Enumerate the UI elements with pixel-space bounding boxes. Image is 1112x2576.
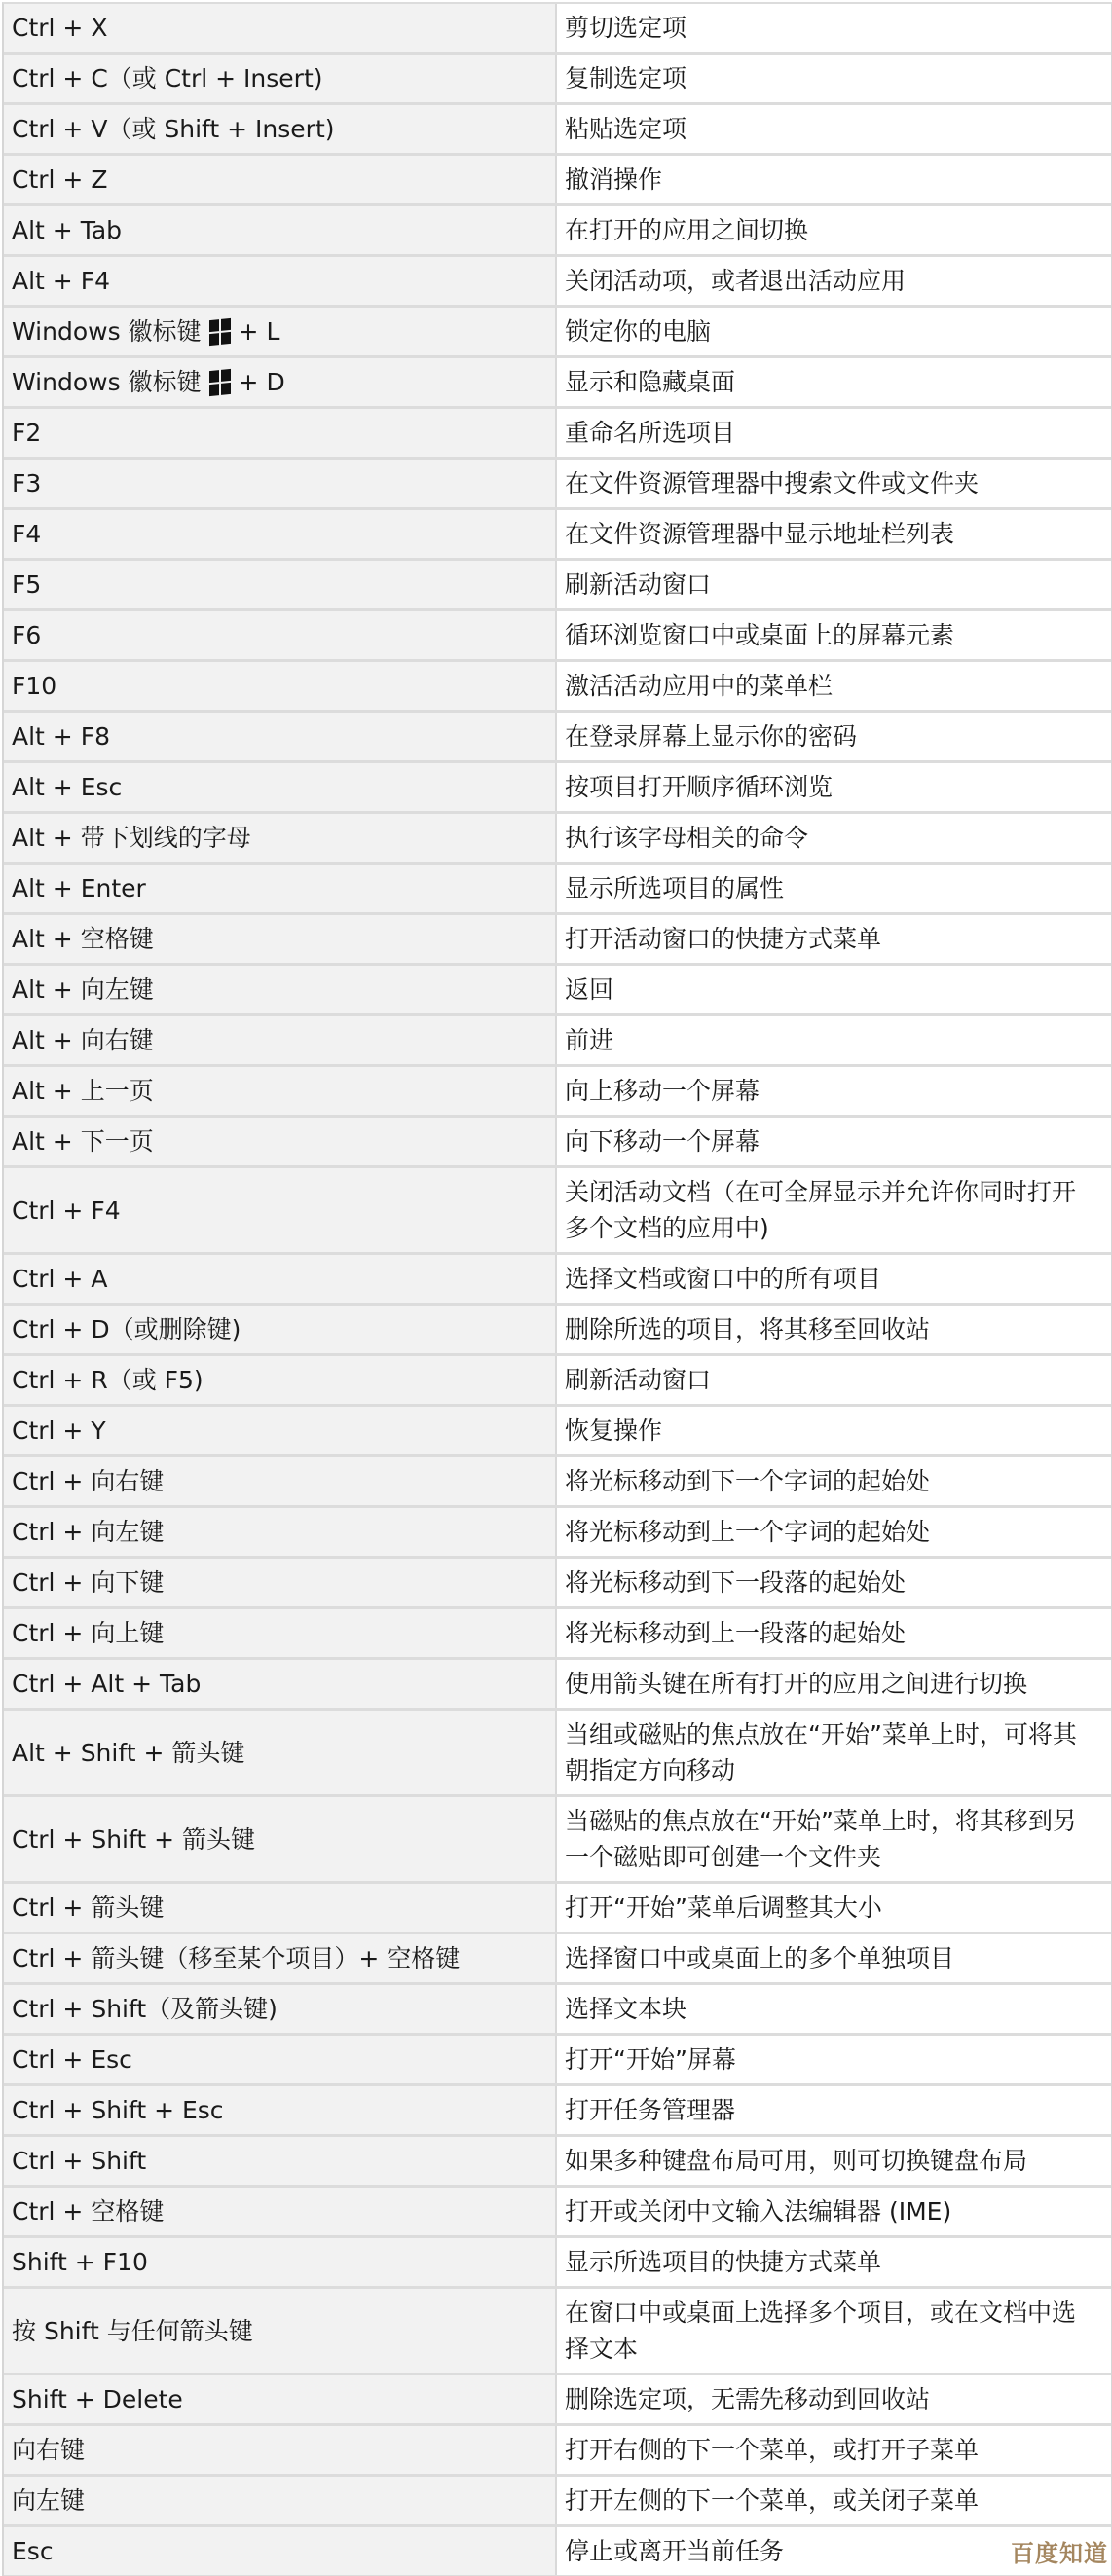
- shortcut-description-cell: 激活活动应用中的菜单栏: [557, 662, 1111, 710]
- shortcut-description-cell: 将光标移动到下一个字词的起始处: [557, 1457, 1111, 1505]
- table-row: Ctrl + D（或删除键)删除所选的项目，将其移至回收站: [4, 1306, 1111, 1356]
- shortcut-description-cell: 返回: [557, 966, 1111, 1013]
- shortcut-key-cell: Ctrl + 向右键: [4, 1457, 557, 1505]
- table-row: Ctrl + 箭头键打开“开始”菜单后调整其大小: [4, 1884, 1111, 1934]
- shortcut-key-cell: Ctrl + 向上键: [4, 1609, 557, 1657]
- shortcut-key-cell: Alt + Tab: [4, 206, 557, 254]
- shortcut-description-cell: 向上移动一个屏幕: [557, 1067, 1111, 1115]
- shortcut-key-cell: F4: [4, 510, 557, 558]
- table-row: Ctrl + R（或 F5)刷新活动窗口: [4, 1356, 1111, 1407]
- shortcut-key-cell: Esc: [4, 2527, 557, 2575]
- shortcut-key-cell: Ctrl + Shift + Esc: [4, 2086, 557, 2134]
- shortcut-key-prefix: Windows 徽标键: [12, 364, 202, 400]
- shortcut-key-suffix: + D: [239, 364, 285, 400]
- shortcut-key-cell: Alt + 下一页: [4, 1118, 557, 1165]
- table-row: F2重命名所选项目: [4, 409, 1111, 460]
- shortcut-key-cell: 按 Shift 与任何箭头键: [4, 2289, 557, 2373]
- shortcut-key-cell: Alt + 空格键: [4, 915, 557, 963]
- table-row: Alt + 上一页向上移动一个屏幕: [4, 1067, 1111, 1118]
- shortcut-key-cell: Shift + Delete: [4, 2375, 557, 2423]
- table-row: Alt + Esc按项目打开顺序循环浏览: [4, 763, 1111, 814]
- table-row: Alt + Tab在打开的应用之间切换: [4, 206, 1111, 257]
- shortcut-key-cell: Ctrl + Y: [4, 1407, 557, 1454]
- shortcut-description-cell: 刷新活动窗口: [557, 1356, 1111, 1404]
- shortcut-description-cell: 撤消操作: [557, 156, 1111, 203]
- table-row: F3在文件资源管理器中搜索文件或文件夹: [4, 460, 1111, 510]
- table-row: Ctrl + Shift（及箭头键)选择文本块: [4, 1985, 1111, 2036]
- shortcut-description-cell: 刷新活动窗口: [557, 561, 1111, 608]
- shortcut-key-cell: Ctrl + Shift: [4, 2137, 557, 2185]
- table-row: Windows 徽标键+ D显示和隐藏桌面: [4, 358, 1111, 409]
- table-row: Ctrl + 向右键将光标移动到下一个字词的起始处: [4, 1457, 1111, 1508]
- shortcut-description-cell: 前进: [557, 1016, 1111, 1064]
- shortcut-key-cell: Ctrl + Shift（及箭头键): [4, 1985, 557, 2033]
- table-row: Ctrl + V（或 Shift + Insert)粘贴选定项: [4, 105, 1111, 156]
- shortcut-description-cell: 显示所选项目的属性: [557, 865, 1111, 912]
- table-row: Ctrl + Shift + Esc打开任务管理器: [4, 2086, 1111, 2137]
- shortcut-key-cell: Ctrl + F4: [4, 1168, 557, 1252]
- table-row: Ctrl + A选择文档或窗口中的所有项目: [4, 1255, 1111, 1306]
- shortcut-description-cell: 在窗口中或桌面上选择多个项目，或在文档中选择文本: [557, 2289, 1111, 2373]
- shortcut-description-cell: 打开或关闭中文输入法编辑器 (IME): [557, 2188, 1111, 2235]
- shortcut-description-cell: 将光标移动到上一段落的起始处: [557, 1609, 1111, 1657]
- table-row: Windows 徽标键+ L锁定你的电脑: [4, 308, 1111, 358]
- shortcut-description-cell: 向下移动一个屏幕: [557, 1118, 1111, 1165]
- shortcut-description-cell: 剪切选定项: [557, 4, 1111, 52]
- shortcut-description-cell: 将光标移动到下一段落的起始处: [557, 1559, 1111, 1606]
- table-row: Shift + Delete删除选定项，无需先移动到回收站: [4, 2375, 1111, 2426]
- shortcut-description-cell: 选择窗口中或桌面上的多个单独项目: [557, 1934, 1111, 1982]
- shortcut-key-cell: Alt + 带下划线的字母: [4, 814, 557, 862]
- shortcut-description-cell: 当磁贴的焦点放在“开始”菜单上时，将其移到另一个磁贴即可创建一个文件夹: [557, 1797, 1111, 1881]
- shortcut-key-cell: Ctrl + A: [4, 1255, 557, 1303]
- table-row: Ctrl + Shift + 箭头键当磁贴的焦点放在“开始”菜单上时，将其移到另…: [4, 1797, 1111, 1884]
- shortcut-description-cell: 在文件资源管理器中搜索文件或文件夹: [557, 460, 1111, 507]
- shortcut-description-cell: 粘贴选定项: [557, 105, 1111, 153]
- shortcut-table: Ctrl + X剪切选定项Ctrl + C（或 Ctrl + Insert)复制…: [2, 2, 1112, 2576]
- table-row: Ctrl + Y恢复操作: [4, 1407, 1111, 1457]
- shortcut-description-cell: 在文件资源管理器中显示地址栏列表: [557, 510, 1111, 558]
- table-row: Ctrl + 向下键将光标移动到下一段落的起始处: [4, 1559, 1111, 1609]
- table-row: Alt + 下一页向下移动一个屏幕: [4, 1118, 1111, 1168]
- shortcut-key-cell: F6: [4, 611, 557, 659]
- table-row: Esc停止或离开当前任务: [4, 2527, 1111, 2576]
- shortcut-key-cell: Ctrl + R（或 F5): [4, 1356, 557, 1404]
- shortcut-key-suffix: + L: [239, 313, 280, 350]
- table-row: Ctrl + C（或 Ctrl + Insert)复制选定项: [4, 55, 1111, 105]
- watermark-logo: 百度知道: [1011, 2534, 1108, 2568]
- shortcut-key-cell: F2: [4, 409, 557, 457]
- shortcut-description-cell: 如果多种键盘布局可用，则可切换键盘布局: [557, 2137, 1111, 2185]
- shortcut-description-cell: 按项目打开顺序循环浏览: [557, 763, 1111, 811]
- shortcut-description-cell: 删除选定项，无需先移动到回收站: [557, 2375, 1111, 2423]
- shortcut-description-cell: 选择文档或窗口中的所有项目: [557, 1255, 1111, 1303]
- shortcut-key-cell: Alt + Esc: [4, 763, 557, 811]
- shortcut-description-cell: 打开左侧的下一个菜单，或关闭子菜单: [557, 2477, 1111, 2524]
- shortcut-description-cell: 将光标移动到上一个字词的起始处: [557, 1508, 1111, 1556]
- windows-logo-icon: [209, 368, 231, 395]
- shortcut-key-cell: Shift + F10: [4, 2238, 557, 2286]
- table-row: Ctrl + Esc打开“开始”屏幕: [4, 2036, 1111, 2086]
- shortcut-description-cell: 显示和隐藏桌面: [557, 358, 1111, 406]
- shortcut-description-cell: 在登录屏幕上显示你的密码: [557, 713, 1111, 760]
- shortcut-key-cell: Ctrl + 空格键: [4, 2188, 557, 2235]
- shortcut-key-cell: Ctrl + 箭头键: [4, 1884, 557, 1932]
- shortcut-key-cell: Windows 徽标键+ D: [4, 358, 557, 406]
- shortcut-key-cell: Ctrl + C（或 Ctrl + Insert): [4, 55, 557, 102]
- table-row: Ctrl + X剪切选定项: [4, 4, 1111, 55]
- table-row: Alt + 带下划线的字母执行该字母相关的命令: [4, 814, 1111, 865]
- shortcut-key-cell: Alt + 向左键: [4, 966, 557, 1013]
- table-row: Alt + 空格键打开活动窗口的快捷方式菜单: [4, 915, 1111, 966]
- shortcut-description-cell: 打开“开始”菜单后调整其大小: [557, 1884, 1111, 1932]
- shortcut-key-cell: 向左键: [4, 2477, 557, 2524]
- shortcut-description-cell: 打开活动窗口的快捷方式菜单: [557, 915, 1111, 963]
- shortcut-key-cell: F10: [4, 662, 557, 710]
- shortcut-description-cell: 选择文本块: [557, 1985, 1111, 2033]
- table-row: F6循环浏览窗口中或桌面上的屏幕元素: [4, 611, 1111, 662]
- table-row: Alt + F4关闭活动项，或者退出活动应用: [4, 257, 1111, 308]
- shortcut-description-cell: 关闭活动项，或者退出活动应用: [557, 257, 1111, 305]
- table-row: 按 Shift 与任何箭头键在窗口中或桌面上选择多个项目，或在文档中选择文本: [4, 2289, 1111, 2375]
- shortcut-key-cell: Alt + F4: [4, 257, 557, 305]
- shortcut-description-cell: 打开“开始”屏幕: [557, 2036, 1111, 2083]
- shortcut-key-cell: F5: [4, 561, 557, 608]
- table-row: Ctrl + Alt + Tab使用箭头键在所有打开的应用之间进行切换: [4, 1660, 1111, 1711]
- shortcut-key-cell: Ctrl + D（或删除键): [4, 1306, 557, 1353]
- table-row: Ctrl + Shift如果多种键盘布局可用，则可切换键盘布局: [4, 2137, 1111, 2188]
- shortcut-key-cell: Alt + Shift + 箭头键: [4, 1711, 557, 1794]
- shortcut-description-cell: 复制选定项: [557, 55, 1111, 102]
- table-row: F4在文件资源管理器中显示地址栏列表: [4, 510, 1111, 561]
- table-row: Alt + 向右键前进: [4, 1016, 1111, 1067]
- table-row: 向左键打开左侧的下一个菜单，或关闭子菜单: [4, 2477, 1111, 2527]
- shortcut-description-cell: 显示所选项目的快捷方式菜单: [557, 2238, 1111, 2286]
- table-row: Shift + F10显示所选项目的快捷方式菜单: [4, 2238, 1111, 2289]
- shortcut-description-cell: 关闭活动文档（在可全屏显示并允许你同时打开多个文档的应用中): [557, 1168, 1111, 1252]
- shortcut-key-cell: Ctrl + 箭头键（移至某个项目）+ 空格键: [4, 1934, 557, 1982]
- table-row: Ctrl + F4关闭活动文档（在可全屏显示并允许你同时打开多个文档的应用中): [4, 1168, 1111, 1255]
- shortcut-key-cell: Ctrl + V（或 Shift + Insert): [4, 105, 557, 153]
- table-row: Alt + Enter显示所选项目的属性: [4, 865, 1111, 915]
- table-row: Ctrl + Z撤消操作: [4, 156, 1111, 206]
- shortcut-key-cell: Alt + 向右键: [4, 1016, 557, 1064]
- shortcut-description-cell: 循环浏览窗口中或桌面上的屏幕元素: [557, 611, 1111, 659]
- shortcut-description-cell: 恢复操作: [557, 1407, 1111, 1454]
- shortcut-key-cell: Ctrl + 向左键: [4, 1508, 557, 1556]
- shortcut-key-cell: Ctrl + Z: [4, 156, 557, 203]
- shortcut-key-prefix: Windows 徽标键: [12, 313, 202, 350]
- table-row: Ctrl + 向上键将光标移动到上一段落的起始处: [4, 1609, 1111, 1660]
- table-row: F5刷新活动窗口: [4, 561, 1111, 611]
- shortcut-key-cell: Ctrl + Esc: [4, 2036, 557, 2083]
- table-row: Ctrl + 空格键打开或关闭中文输入法编辑器 (IME): [4, 2188, 1111, 2238]
- shortcut-key-cell: Windows 徽标键+ L: [4, 308, 557, 355]
- shortcut-key-cell: 向右键: [4, 2426, 557, 2474]
- table-row: Ctrl + 向左键将光标移动到上一个字词的起始处: [4, 1508, 1111, 1559]
- shortcut-key-cell: Alt + Enter: [4, 865, 557, 912]
- table-row: Alt + Shift + 箭头键当组或磁贴的焦点放在“开始”菜单上时，可将其朝…: [4, 1711, 1111, 1797]
- shortcut-key-cell: Ctrl + 向下键: [4, 1559, 557, 1606]
- shortcut-description-cell: 重命名所选项目: [557, 409, 1111, 457]
- shortcut-description-cell: 删除所选的项目，将其移至回收站: [557, 1306, 1111, 1353]
- shortcut-key-cell: Alt + F8: [4, 713, 557, 760]
- shortcut-description-cell: 打开右侧的下一个菜单，或打开子菜单: [557, 2426, 1111, 2474]
- shortcut-description-cell: 打开任务管理器: [557, 2086, 1111, 2134]
- shortcut-key-cell: Ctrl + Shift + 箭头键: [4, 1797, 557, 1881]
- table-row: 向右键打开右侧的下一个菜单，或打开子菜单: [4, 2426, 1111, 2477]
- table-row: Alt + 向左键返回: [4, 966, 1111, 1016]
- shortcut-description-cell: 使用箭头键在所有打开的应用之间进行切换: [557, 1660, 1111, 1708]
- shortcut-key-cell: Alt + 上一页: [4, 1067, 557, 1115]
- shortcut-key-cell: Ctrl + X: [4, 4, 557, 52]
- shortcut-description-cell: 在打开的应用之间切换: [557, 206, 1111, 254]
- table-row: Ctrl + 箭头键（移至某个项目）+ 空格键选择窗口中或桌面上的多个单独项目: [4, 1934, 1111, 1985]
- shortcut-description-cell: 当组或磁贴的焦点放在“开始”菜单上时，可将其朝指定方向移动: [557, 1711, 1111, 1794]
- shortcut-description-cell: 锁定你的电脑: [557, 308, 1111, 355]
- table-row: Alt + F8在登录屏幕上显示你的密码: [4, 713, 1111, 763]
- shortcut-key-cell: F3: [4, 460, 557, 507]
- shortcut-description-cell: 执行该字母相关的命令: [557, 814, 1111, 862]
- windows-logo-icon: [209, 317, 231, 345]
- table-row: F10激活活动应用中的菜单栏: [4, 662, 1111, 713]
- shortcut-key-cell: Ctrl + Alt + Tab: [4, 1660, 557, 1708]
